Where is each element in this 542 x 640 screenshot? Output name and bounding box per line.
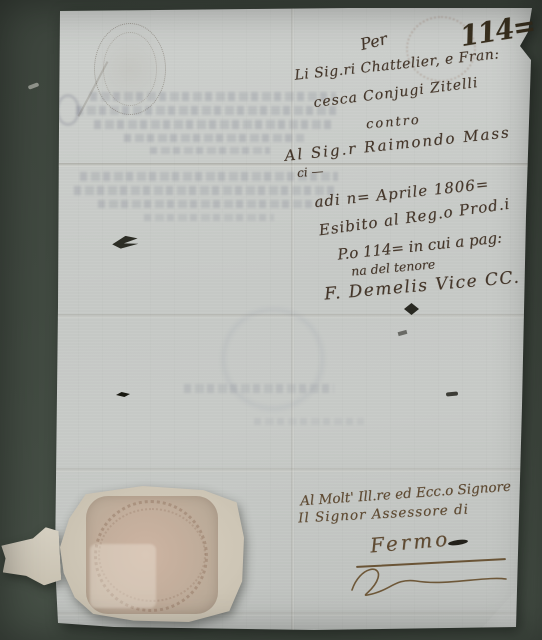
showthrough-text-line bbox=[184, 384, 334, 393]
showthrough-initial-letter bbox=[56, 94, 80, 126]
showthrough-text-line bbox=[76, 106, 338, 115]
wax-seal bbox=[86, 496, 218, 614]
seal-fold-highlight bbox=[90, 544, 156, 608]
showthrough-stamp-circle bbox=[222, 308, 324, 410]
signature-flourish bbox=[338, 556, 513, 604]
showthrough-text-line bbox=[124, 134, 304, 142]
showthrough-text-line bbox=[90, 92, 336, 101]
showthrough-text-line bbox=[94, 120, 334, 129]
showthrough-text-line bbox=[98, 200, 320, 208]
handwriting-line: ci — bbox=[296, 164, 323, 180]
showthrough-text-line bbox=[150, 147, 270, 154]
horizontal-fold-line bbox=[54, 468, 536, 472]
showthrough-text-line bbox=[254, 418, 364, 425]
showthrough-text-line bbox=[74, 186, 338, 195]
background-speck bbox=[28, 82, 40, 90]
seal-paper-strip bbox=[1, 527, 62, 588]
embossed-blind-stamp-icon bbox=[94, 23, 166, 115]
showthrough-text-line bbox=[144, 214, 274, 221]
